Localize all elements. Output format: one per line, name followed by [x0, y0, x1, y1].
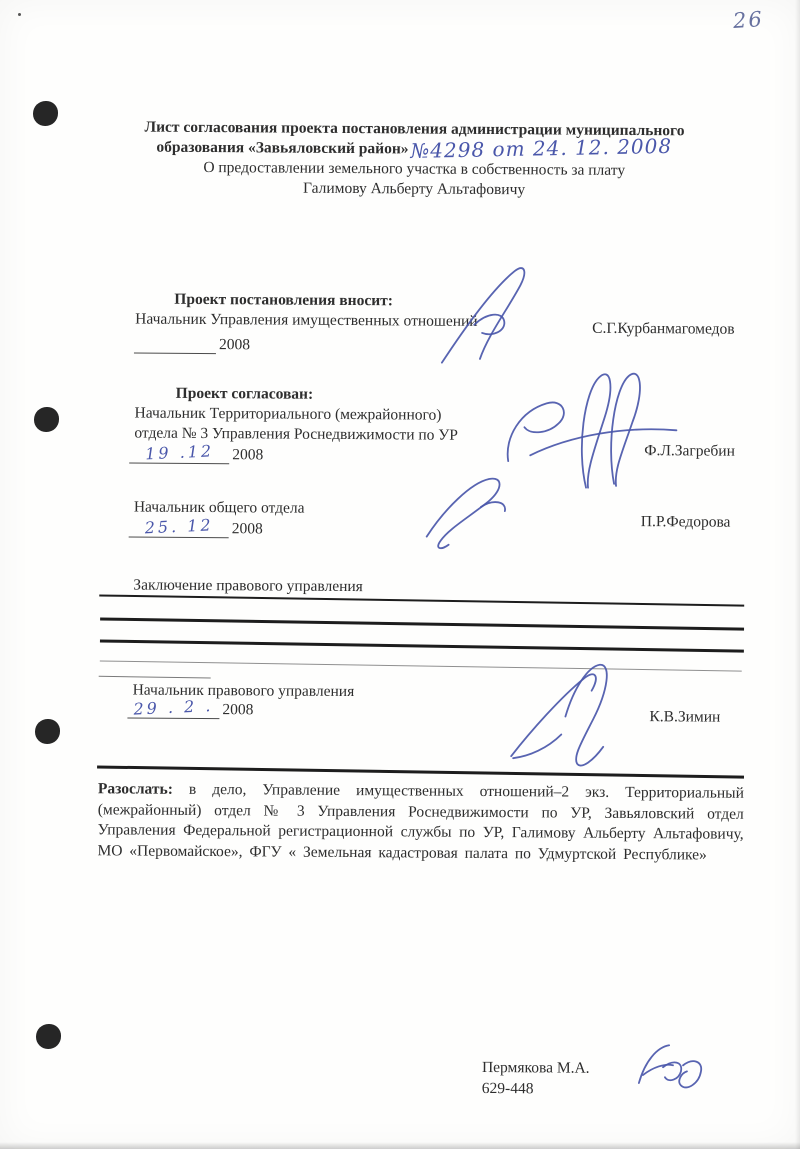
- title-handwritten-number: №4298 от 24. 12. 2008: [410, 136, 672, 161]
- signature-permyakova: [629, 1037, 724, 1100]
- ruled-line-2: [100, 617, 744, 630]
- role-general-dept-head: Начальник общего отдела: [134, 498, 305, 519]
- year-label: 2008: [222, 701, 253, 719]
- document-content: Лист согласования проекта постановления …: [0, 0, 800, 1149]
- role-property-relations-head: Начальник Управления имущественных отнош…: [135, 310, 478, 332]
- signer-name-fedorova: П.Р.Федорова: [641, 512, 731, 533]
- executor-name: Пермякова М.А.: [482, 1058, 590, 1079]
- signer-name-kurbanmagomedov: С.Г.Курбанмагомедов: [592, 319, 735, 340]
- signature-fedorova: [419, 473, 540, 556]
- title-line-2-text: образования «Завьяловский район»: [156, 139, 408, 158]
- date-row-pravovoe: 29 . 2 .2008: [127, 698, 253, 719]
- date-handwritten-soglasovan: 19 .12: [144, 441, 214, 463]
- ruled-line-3: [100, 639, 744, 652]
- date-row-soglasovan: 19 .122008: [129, 443, 263, 464]
- signature-kurbanmagomedov: [430, 263, 571, 370]
- legal-conclusion-label: Заключение правового управления: [133, 576, 363, 598]
- date-blank-line: [134, 334, 216, 355]
- title-recipient: Галимову Альберту Альтафовичу: [34, 177, 794, 202]
- date-row-vnosit: 2008: [134, 334, 250, 355]
- executor-phone: 629-448: [482, 1079, 534, 1099]
- distribution-text: в дело, Управление имущественных отношен…: [97, 781, 744, 864]
- date-handwritten-pravovoe: 29 . 2 .: [133, 696, 214, 719]
- role-territorial-dept-line1: Начальник Территориального (межрайонного…: [134, 404, 441, 426]
- heading-project-submitted-by: Проект постановления вносит:: [174, 290, 393, 312]
- scanned-approval-sheet: 26 Лист согласования проекта постановлен…: [0, 0, 800, 1149]
- signer-name-zimin: К.В.Зимин: [649, 707, 720, 727]
- distribution-paragraph: Разослать: в дело, Управление имуществен…: [97, 779, 744, 866]
- year-label: 2008: [219, 336, 250, 354]
- heading-project-approved: Проект согласован:: [176, 384, 314, 405]
- ruled-line-1: [99, 594, 744, 606]
- date-line: 29 . 2 .: [127, 698, 219, 719]
- date-handwritten-obshchiy: 25. 12: [144, 515, 214, 537]
- signature-zimin: [503, 658, 649, 771]
- year-label: 2008: [232, 520, 263, 538]
- date-line: 25. 12: [129, 517, 229, 538]
- date-line: 19 .12: [129, 443, 229, 464]
- date-row-obshchiy: 25. 122008: [129, 517, 263, 538]
- document-title-block: Лист согласования проекта постановления …: [34, 117, 795, 203]
- ruled-line-short: [99, 676, 211, 679]
- distribution-label: Разослать:: [98, 780, 173, 798]
- year-label: 2008: [232, 446, 263, 464]
